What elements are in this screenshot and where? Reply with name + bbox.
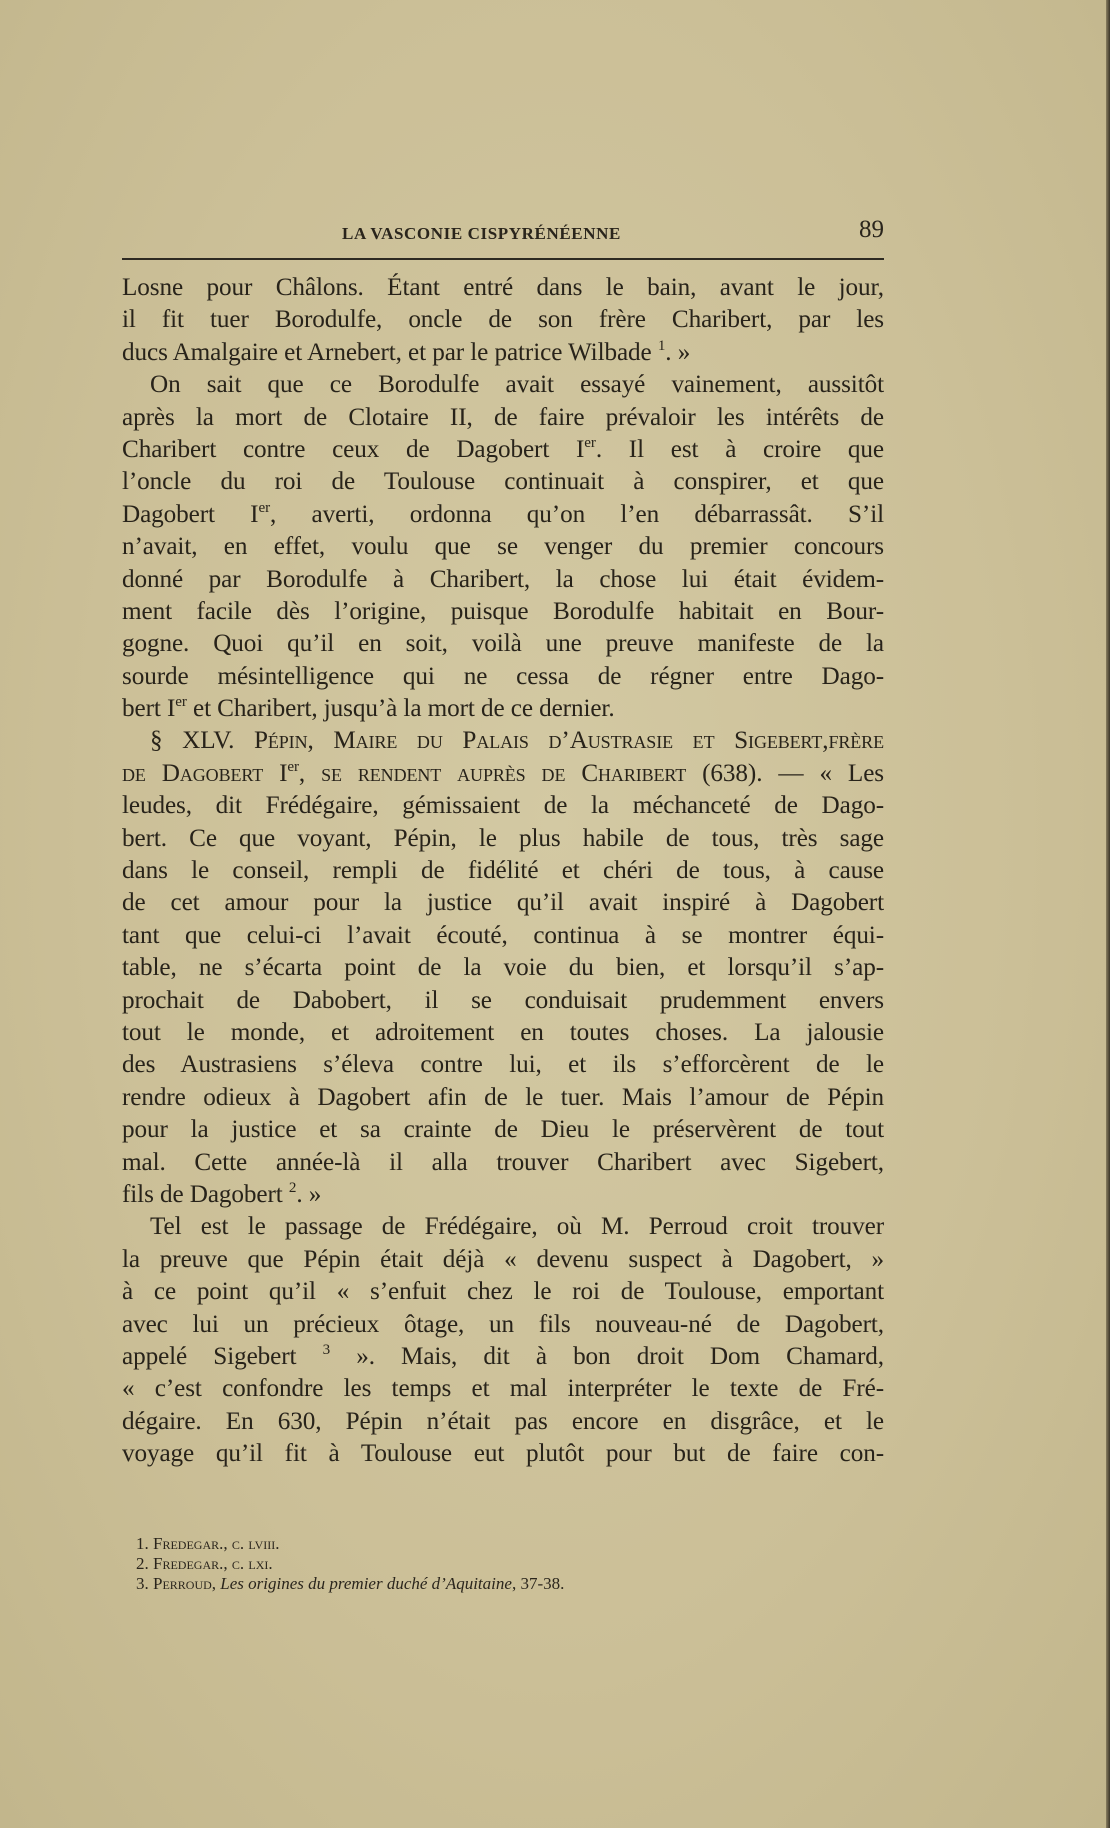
text-line: On sait que ce Borodulfe avait essayé va… [122,369,884,401]
text-line: fils de Dagobert 2. » [122,1179,884,1211]
superscript: 3 [323,1342,330,1358]
text-line: leudes, dit Frédégaire, gémissaient de l… [122,790,884,822]
text-line: Dagobert Ier, averti, ordonna qu’on l’en… [122,499,884,531]
text-line: donné par Borodulfe à Charibert, la chos… [122,564,884,596]
footnote: 3. Perroud, Les origines du premier duch… [136,1574,836,1594]
footnote: 1. Fredegar., c. lviii. [136,1534,836,1554]
body-text: Losne pour Châlons. Étant entré dans le … [122,272,884,1470]
paragraph-block-2: leudes, dit Frédégaire, gémissaient de l… [122,790,884,1470]
text-line: tout le monde, et adroitement en toutes … [122,1017,884,1049]
text-line: mal. Cette année-là il alla trouver Char… [122,1147,884,1179]
footnote: 2. Fredegar., c. lxi. [136,1554,836,1574]
text-line: avec lui un précieux ôtage, un fils nouv… [122,1309,884,1341]
text-line: « c’est confondre les temps et mal inter… [122,1373,884,1405]
text-line: à ce point qu’il « s’enfuit chez le roi … [122,1276,884,1308]
text-line: n’avait, en effet, voulu que se venger d… [122,531,884,563]
text-line: appelé Sigebert 3 ». Mais, dit à bon dro… [122,1341,884,1373]
paragraph-block-1: Losne pour Châlons. Étant entré dans le … [122,272,884,725]
superscript: er [258,500,270,516]
text-line: ment facile dès l’origine, puisque Borod… [122,596,884,628]
text-line: gogne. Quoi qu’il en soit, voilà une pre… [122,628,884,660]
superscript: er [175,694,187,710]
text-line: ducs Amalgaire et Arnebert, et par le pa… [122,337,884,369]
text-line: des Austrasiens s’éleva contre lui, et i… [122,1049,884,1081]
text-line: prochait de Dabobert, il se conduisait p… [122,985,884,1017]
text-line: sourde mésintelligence qui ne cessa de r… [122,661,884,693]
text-line: la preuve que Pépin était déjà « devenu … [122,1244,884,1276]
page-number: 89 [859,216,884,244]
text-line: dégaire. En 630, Pépin n’était pas encor… [122,1406,884,1438]
page-edge-shadow [1106,0,1110,1828]
text-line: table, ne s’écarta point de la voie du b… [122,952,884,984]
superscript: er [584,435,596,451]
text-line: après la mort de Clotaire II, de faire p… [122,402,884,434]
text-line: l’oncle du roi de Toulouse continuait à … [122,466,884,498]
text-line: Losne pour Châlons. Étant entré dans le … [122,272,884,304]
running-head: LA VASCONIE CISPYRÉNÉENNE 89 [122,214,884,254]
text-line: tant que celui-ci l’avait écouté, contin… [122,920,884,952]
text-line: rendre odieux à Dagobert afin de le tuer… [122,1082,884,1114]
header-rule [122,258,884,260]
text-line: il fit tuer Borodulfe, oncle de son frèr… [122,304,884,336]
section-heading-line-2: de Dagobert Ier, se rendent auprès de Ch… [122,758,884,790]
text-line: Charibert contre ceux de Dagobert Ier. I… [122,434,884,466]
text-line: dans le conseil, rempli de fidélité et c… [122,855,884,887]
footnotes: 1. Fredegar., c. lviii.2. Fredegar., c. … [136,1534,836,1594]
text-line: bert. Ce que voyant, Pépin, le plus habi… [122,823,884,855]
text-line: bert Ier et Charibert, jusqu’à la mort d… [122,693,884,725]
text-line: de cet amour pour la justice qu’il avait… [122,887,884,919]
running-title: LA VASCONIE CISPYRÉNÉENNE [342,224,621,244]
section-heading-line-1: § XLV. Pépin, Maire du Palais d’Austrasi… [122,725,884,757]
text-line: pour la justice et sa crainte de Dieu le… [122,1114,884,1146]
text-line: Tel est le passage de Frédégaire, où M. … [122,1211,884,1243]
text-line: voyage qu’il fit à Toulouse eut plutôt p… [122,1438,884,1470]
